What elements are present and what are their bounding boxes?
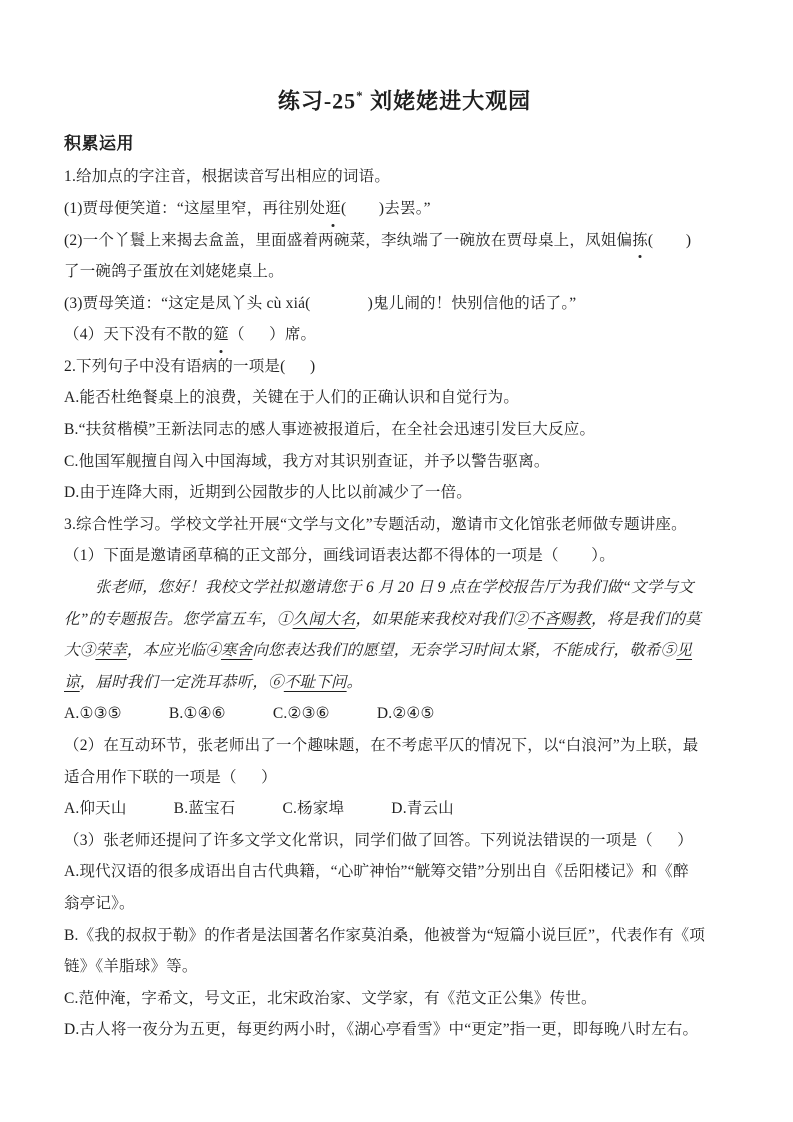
text-segment: 向您表达我们的愿望，无奈学习时间太紧，不能成行，敬希⑤ <box>252 642 676 659</box>
emphasized-char: 筵 <box>213 319 229 351</box>
text-segment: ，届时我们一定洗耳恭听，⑥ <box>80 674 284 691</box>
document-body: 1.给加点的字注音，根据读音写出相应的词语。(1)贾母便笑道：“这屋里窄，再往别… <box>64 161 745 1046</box>
text-segment: A.①③⑤ B.①④⑥ C.②③⑥ D.②④⑤ <box>64 705 435 722</box>
underlined-phrase: 见 <box>676 642 692 659</box>
text-line: C.范仲淹，字希文，号文正，北宋政治家、文学家，有《范文正公集》传世。 <box>64 983 745 1015</box>
text-line: （3）张老师还提问了许多文学文化常识，同学们做了回答。下列说法错误的一项是（ ） <box>64 825 745 857</box>
text-segment: 适合用作下联的一项是（ ） <box>64 769 277 786</box>
text-line: B.“扶贫楷模”王新法同志的感人事迹被报道后，在全社会迅速引发巨大反应。 <box>64 414 745 446</box>
text-segment: C.范仲淹，字希文，号文正，北宋政治家、文学家，有《范文正公集》传世。 <box>64 990 597 1007</box>
text-line: 化”的专题报告。您学富五车，①久闻大名，如果能来我校对我们②不吝赐教，将是我们的… <box>64 604 745 636</box>
text-segment: （4）天下没有不散的 <box>64 326 213 343</box>
text-segment: (2)一个丫鬟上来揭去盒盖，里面盛着两碗菜，李纨端了一碗放在贾母桌上，凤姐偏 <box>64 232 632 249</box>
text-line: （4）天下没有不散的筵（ ）席。 <box>64 319 745 351</box>
text-line: 大③荣幸，本应光临④寒舍向您表达我们的愿望，无奈学习时间太紧，不能成行，敬希⑤见 <box>64 635 745 667</box>
text-line: （1）下面是邀请函草稿的正文部分，画线词语表达都不得体的一项是（ ）。 <box>64 540 745 572</box>
underlined-phrase: 荣幸 <box>95 642 126 659</box>
text-line: A.现代汉语的很多成语出自古代典籍，“心旷神怡”“觥筹交错”分别出自《岳阳楼记》… <box>64 856 745 888</box>
emphasized-char: 拣 <box>632 225 648 257</box>
text-segment: B.《我的叔叔于勒》的作者是法国著名作家莫泊桑，他被誉为“短篇小说巨匠”，代表作… <box>64 927 705 944</box>
text-segment: 3.综合性学习。学校文学社开展“文学与文化”专题活动，邀请市文化馆张老师做专题讲… <box>64 516 687 533</box>
text-segment: D.古人将一夜分为五更，每更约两小时，《湖心亭看雪》中“更定”指一更，即每晚八时… <box>64 1021 698 1038</box>
underlined-phrase: 不吝赐教 <box>528 611 591 628</box>
text-segment: A.仰天山 B.蓝宝石 C.杨家埠 D.青云山 <box>64 800 454 817</box>
text-line: D.古人将一夜分为五更，每更约两小时，《湖心亭看雪》中“更定”指一更，即每晚八时… <box>64 1014 745 1046</box>
worksheet-page: 练习-25* 刘姥姥进大观园 积累运用 1.给加点的字注音，根据读音写出相应的词… <box>0 0 793 1122</box>
text-segment: 。 <box>347 674 363 691</box>
text-segment: ，如果能来我校对我们② <box>355 611 528 628</box>
text-segment: （ ）席。 <box>229 326 316 343</box>
text-line: (2)一个丫鬟上来揭去盒盖，里面盛着两碗菜，李纨端了一碗放在贾母桌上，凤姐偏拣(… <box>64 225 745 257</box>
text-line: A.①③⑤ B.①④⑥ C.②③⑥ D.②④⑤ <box>64 698 745 730</box>
underlined-phrase: 不耻下问 <box>284 674 347 691</box>
text-segment: 1.给加点的字注音，根据读音写出相应的词语。 <box>64 168 390 185</box>
text-segment: (1)贾母便笑道：“这屋里窄，再往别处 <box>64 200 325 217</box>
title-rest: 刘姥姥进大观园 <box>364 88 532 113</box>
underlined-phrase: 寒舍 <box>221 642 252 659</box>
text-segment: ( )去罢。” <box>341 200 431 217</box>
section-heading: 积累运用 <box>64 133 745 155</box>
text-segment: 大③ <box>64 642 95 659</box>
text-line: 链》《羊脂球》等。 <box>64 951 745 983</box>
underlined-phrase: 久闻大名 <box>293 611 356 628</box>
text-segment: A.能否杜绝餐桌上的浪费，关键在于人们的正确认识和自觉行为。 <box>64 389 519 406</box>
text-segment: ，将是我们的莫 <box>591 611 701 628</box>
text-line: B.《我的叔叔于勒》的作者是法国著名作家莫泊桑，他被誉为“短篇小说巨匠”，代表作… <box>64 920 745 952</box>
text-line: 2.下列句子中没有语病的一项是( ) <box>64 351 745 383</box>
underlined-phrase: 谅 <box>64 674 80 691</box>
text-segment: D.由于连降大雨，近期到公园散步的人比以前减少了一倍。 <box>64 484 472 501</box>
text-line: （2）在互动环节，张老师出了一个趣味题，在不考虑平仄的情况下，以“白浪河”为上联… <box>64 730 745 762</box>
text-segment: （3）张老师还提问了许多文学文化常识，同学们做了回答。下列说法错误的一项是（ ） <box>64 832 693 849</box>
text-segment: 张老师，您好！我校文学社拟邀请您于 6 月 20 日 9 点在学校报告厅为我们做… <box>95 579 694 596</box>
text-line: A.仰天山 B.蓝宝石 C.杨家埠 D.青云山 <box>64 793 745 825</box>
text-segment: B.“扶贫楷模”王新法同志的感人事迹被报道后，在全社会迅速引发巨大反应。 <box>64 421 595 438</box>
text-line: 谅，届时我们一定洗耳恭听，⑥不耻下问。 <box>64 667 745 699</box>
text-line: 适合用作下联的一项是（ ） <box>64 762 745 794</box>
text-line: A.能否杜绝餐桌上的浪费，关键在于人们的正确认识和自觉行为。 <box>64 382 745 414</box>
text-segment: (3)贾母笑道：“这定是凤丫头 cù xiá( )鬼儿闹的！快别信他的话了。” <box>64 295 576 312</box>
text-line: 1.给加点的字注音，根据读音写出相应的词语。 <box>64 161 745 193</box>
title-asterisk: * <box>356 88 364 103</box>
text-line: (3)贾母笑道：“这定是凤丫头 cù xiá( )鬼儿闹的！快别信他的话了。” <box>64 288 745 320</box>
text-line: 翁亭记》。 <box>64 888 745 920</box>
title-main: 练习-25 <box>278 88 356 113</box>
text-segment: A.现代汉语的很多成语出自古代典籍，“心旷神怡”“觥筹交错”分别出自《岳阳楼记》… <box>64 863 689 880</box>
text-segment: 了一碗鸽子蛋放在刘姥姥桌上。 <box>64 263 284 280</box>
text-line: (1)贾母便笑道：“这屋里窄，再往别处逛( )去罢。” <box>64 193 745 225</box>
text-segment: C.他国军舰擅自闯入中国海域，我方对其识别查证，并予以警告驱离。 <box>64 453 550 470</box>
text-line: 张老师，您好！我校文学社拟邀请您于 6 月 20 日 9 点在学校报告厅为我们做… <box>64 572 745 604</box>
emphasized-char: 逛 <box>325 193 341 225</box>
text-segment: （2）在互动环节，张老师出了一个趣味题，在不考虑平仄的情况下，以“白浪河”为上联… <box>64 737 698 754</box>
text-line: C.他国军舰擅自闯入中国海域，我方对其识别查证，并予以警告驱离。 <box>64 446 745 478</box>
text-segment: 化”的专题报告。您学富五车，① <box>64 611 293 628</box>
text-line: D.由于连降大雨，近期到公园散步的人比以前减少了一倍。 <box>64 477 745 509</box>
text-segment: 2.下列句子中没有语病的一项是( ) <box>64 358 315 375</box>
text-segment: 链》《羊脂球》等。 <box>64 958 198 975</box>
text-segment: ( ) <box>648 232 691 249</box>
text-line: 了一碗鸽子蛋放在刘姥姥桌上。 <box>64 256 745 288</box>
page-title: 练习-25* 刘姥姥进大观园 <box>64 82 745 115</box>
text-segment: （1）下面是邀请函草稿的正文部分，画线词语表达都不得体的一项是（ ）。 <box>64 547 615 564</box>
text-line: 3.综合性学习。学校文学社开展“文学与文化”专题活动，邀请市文化馆张老师做专题讲… <box>64 509 745 541</box>
text-segment: ，本应光临④ <box>127 642 221 659</box>
text-segment: 翁亭记》。 <box>64 895 135 912</box>
